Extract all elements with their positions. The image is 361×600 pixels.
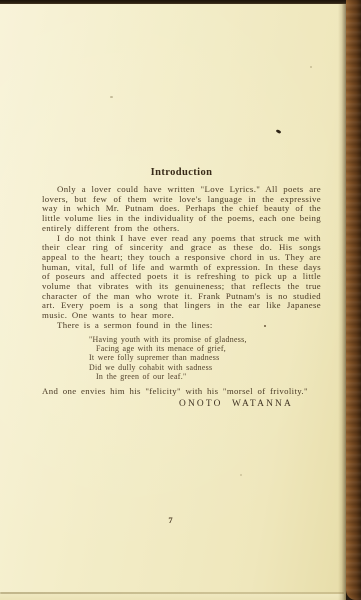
verse-line: It were folly supremer than madness bbox=[89, 353, 321, 362]
paper-speck bbox=[310, 66, 312, 68]
paragraph-3: There is a sermon found in the lines: bbox=[42, 321, 321, 331]
paper-speck bbox=[110, 96, 113, 98]
paragraph-4: And one envies him his "felicity" with h… bbox=[42, 387, 321, 397]
paper-page: Introduction Only a lover could have wri… bbox=[0, 4, 346, 600]
section-heading: Introduction bbox=[42, 167, 321, 178]
paragraph-2: I do not think I have ever read any poem… bbox=[42, 234, 321, 321]
verse-line: Did we dully cohabit with sadness bbox=[89, 363, 321, 372]
ink-speck bbox=[276, 129, 282, 134]
paper-speck bbox=[240, 474, 242, 476]
verse-line: In the green of our leaf." bbox=[89, 372, 321, 381]
verse-line: Facing age with its menace of grief, bbox=[89, 344, 321, 353]
page-number: 7 bbox=[0, 515, 341, 525]
scanned-book-page: Introduction Only a lover could have wri… bbox=[0, 0, 361, 600]
paragraph-1: Only a lover could have written "Love Ly… bbox=[42, 185, 321, 234]
pages-beneath-edge bbox=[0, 594, 344, 600]
page-fore-edge-shadow bbox=[338, 4, 346, 600]
author-signature: ONOTO WATANNA bbox=[42, 399, 321, 409]
book-cover-right-edge bbox=[346, 0, 361, 600]
verse-block: "Having youth with its promise of gladne… bbox=[89, 335, 321, 382]
text-column: Introduction Only a lover could have wri… bbox=[42, 167, 321, 409]
verse-line: "Having youth with its promise of gladne… bbox=[89, 335, 321, 344]
